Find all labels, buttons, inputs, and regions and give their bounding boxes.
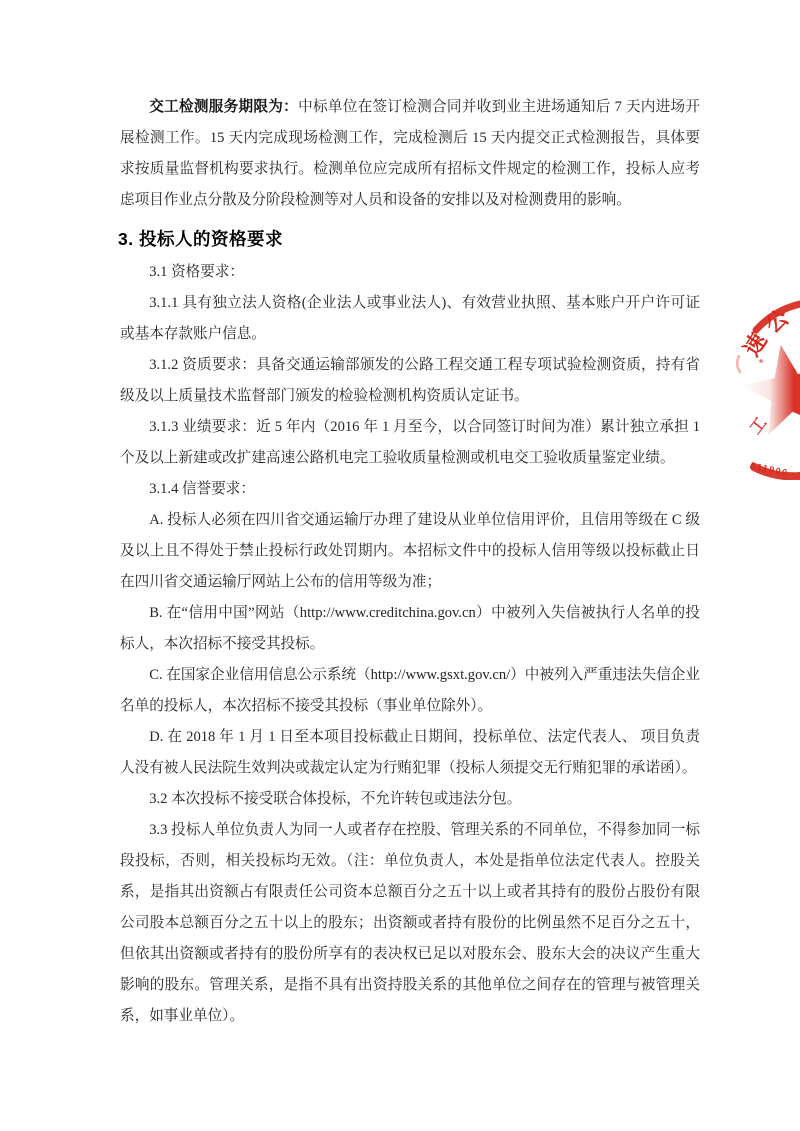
clause-3-1-2: 3.1.2 资质要求：具备交通运输部颁发的公路工程交通工程专项试验检测资质，持有… [120,350,700,412]
seal-ink-speck [759,359,763,363]
seal-border-arc-bottom [754,467,800,476]
clause-a: A. 投标人必须在四川省交通运输厅办理了建设从业单位信用评价，且信用等级在 C … [120,505,700,598]
intro-lead-bold: 交工检测服务期限为： [149,99,298,115]
seal-serial-number: 511900 [750,460,790,478]
clause-b: B. 在“信用中国”网站（http://www.creditchina.gov.… [120,598,700,660]
intro-text: 中标单位在签订检测合同并收到业主进场通知后 7 天内进场开展检测工作。15 天内… [120,99,700,208]
clause-3-1-4: 3.1.4 信誉要求： [120,474,700,505]
official-seal-stamp: 速 公 工 511900 [730,265,800,480]
section-heading: 3. 投标人的资格要求 [118,226,700,252]
document-body: 交工检测服务期限为：中标单位在签订检测合同并收到业主进场通知后 7 天内进场开展… [120,92,700,1032]
seal-border-arc-top [756,304,800,330]
seal-character-gong: 公 [761,304,795,338]
star-icon [742,345,800,436]
clause-c: C. 在国家企业信用信息公示系统（http://www.gsxt.gov.cn/… [120,660,700,722]
seal-border-arc-faint [737,356,740,372]
clause-d: D. 在 2018 年 1 月 1 日至本项目投标截止日期间，投标单位、法定代表… [120,722,700,784]
seal-character-inner: 工 [747,415,770,438]
clause-3-1: 3.1 资格要求： [120,257,700,288]
seal-character-su: 速 [739,329,772,361]
clause-3-1-3: 3.1.3 业绩要求：近 5 年内（2016 年 1 月至今，以合同签订时间为准… [120,412,700,474]
paragraph-intro: 交工检测服务期限为：中标单位在签订检测合同并收到业主进场通知后 7 天内进场开展… [120,92,700,216]
clause-3-3: 3.3 投标人单位负责人为同一人或者存在控股、管理关系的不同单位，不得参加同一标… [120,815,700,1032]
scanned-document-page: { "colors": { "seal_red": "#d6281c", "bo… [0,0,800,1131]
clause-3-1-1: 3.1.1 具有独立法人资格(企业法人或事业法人)、有效营业执照、基本账户开户许… [120,288,700,350]
clause-3-2: 3.2 本次投标不接受联合体投标，不允许转包或违法分包。 [120,784,700,815]
